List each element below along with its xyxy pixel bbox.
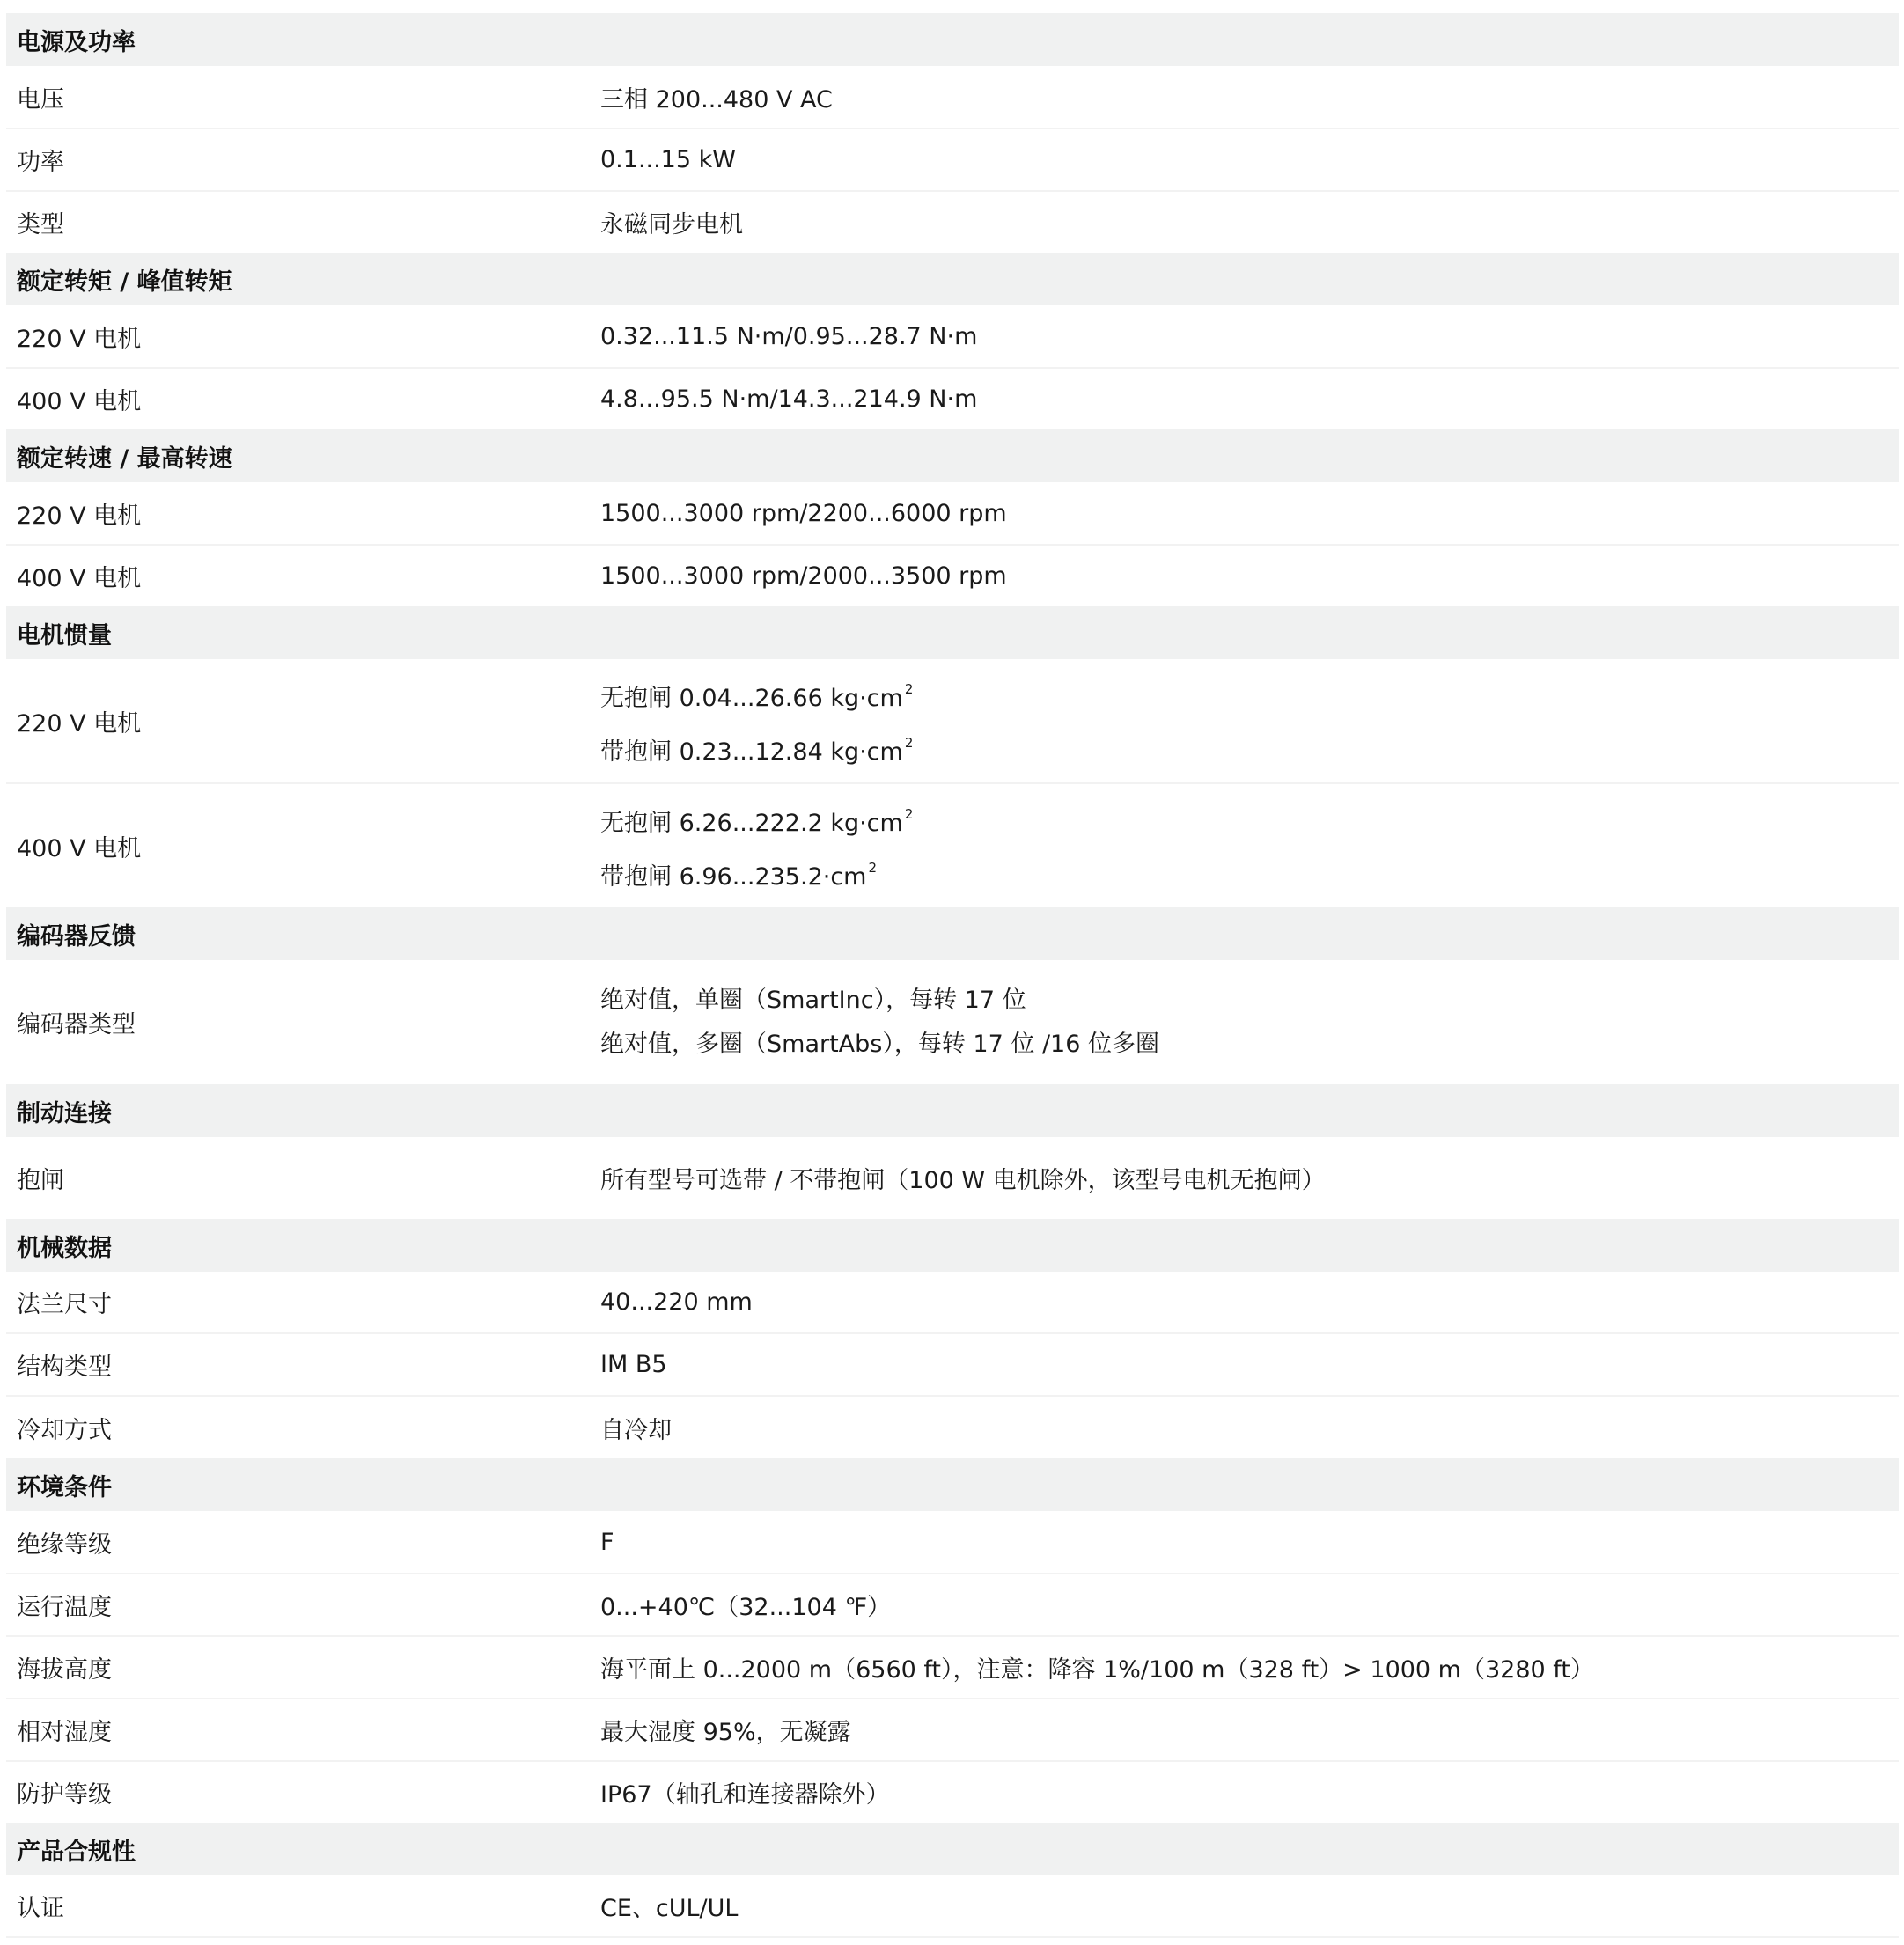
row-value: 永磁同步电机 <box>590 191 1899 253</box>
value-line: 绝对值，多圈（SmartAbs），每转 17 位 /16 位多圈 <box>600 1023 1898 1067</box>
section-header-environment: 环境条件 <box>6 1458 1899 1511</box>
value-text: 带抱闸 0.23...12.84 kg·cm <box>600 738 903 766</box>
table-row: 220 V 电机 0.32...11.5 N·m/0.95...28.7 N·m <box>6 305 1899 368</box>
row-value: 所有型号可选带 / 不带抱闸（100 W 电机除外，该型号电机无抱闸） <box>590 1137 1899 1219</box>
table-row: 结构类型 IM B5 <box>6 1333 1899 1396</box>
row-value: 1500...3000 rpm/2000...3500 rpm <box>590 545 1899 606</box>
section-header-torque: 额定转矩 / 峰值转矩 <box>6 253 1899 305</box>
row-value: 0.32...11.5 N·m/0.95...28.7 N·m <box>590 305 1899 368</box>
row-label: 绝缘等级 <box>6 1511 590 1574</box>
section-header-encoder: 编码器反馈 <box>6 907 1899 960</box>
row-label: 认证 <box>6 1875 590 1937</box>
row-label: 冷却方式 <box>6 1396 590 1458</box>
section-header-power: 电源及功率 <box>6 13 1899 66</box>
row-value: 自冷却 <box>590 1396 1899 1458</box>
row-value-multiline: 无抱闸 6.26...222.2 kg·cm2 带抱闸 6.96...235.2… <box>590 783 1899 907</box>
row-label: 400 V 电机 <box>6 368 590 429</box>
value-text: 无抱闸 6.26...222.2 kg·cm <box>600 810 903 837</box>
superscript: 2 <box>905 681 914 697</box>
row-value: IP67（轴孔和连接器除外） <box>590 1761 1899 1823</box>
row-value-multiline: 绝对值，单圈（SmartInc），每转 17 位 绝对值，多圈（SmartAbs… <box>590 960 1899 1084</box>
section-header-brake: 制动连接 <box>6 1084 1899 1137</box>
row-label: 220 V 电机 <box>6 482 590 545</box>
superscript: 2 <box>905 735 914 751</box>
table-row: 防护等级 IP67（轴孔和连接器除外） <box>6 1761 1899 1823</box>
row-value: 海平面上 0...2000 m（6560 ft），注意：降容 1%/100 m（… <box>590 1636 1899 1699</box>
section-title: 编码器反馈 <box>6 907 1899 960</box>
section-title: 电源及功率 <box>6 13 1899 66</box>
value-line: 绝对值，单圈（SmartInc），每转 17 位 <box>600 979 1898 1023</box>
row-label: 编码器类型 <box>6 960 590 1084</box>
row-label: 防护等级 <box>6 1761 590 1823</box>
row-label: 抱闸 <box>6 1137 590 1219</box>
table-row: 认证 CE、cUL/UL <box>6 1875 1899 1937</box>
row-label: 电压 <box>6 66 590 128</box>
section-title: 电机惯量 <box>6 606 1899 659</box>
row-label: 功率 <box>6 128 590 191</box>
row-label: 类型 <box>6 191 590 253</box>
row-value: 40...220 mm <box>590 1272 1899 1333</box>
section-title: 机械数据 <box>6 1219 1899 1272</box>
value-line: 无抱闸 0.04...26.66 kg·cm2 <box>600 667 1898 721</box>
row-value: F <box>590 1511 1899 1574</box>
table-row: 海拔高度 海平面上 0...2000 m（6560 ft），注意：降容 1%/1… <box>6 1636 1899 1699</box>
value-line: 无抱闸 6.26...222.2 kg·cm2 <box>600 792 1898 846</box>
table-row: 类型 永磁同步电机 <box>6 191 1899 253</box>
section-header-inertia: 电机惯量 <box>6 606 1899 659</box>
row-value: CE、cUL/UL <box>590 1875 1899 1937</box>
table-row: 绝缘等级 F <box>6 1511 1899 1574</box>
row-value: IM B5 <box>590 1333 1899 1396</box>
table-row: 400 V 电机 4.8...95.5 N·m/14.3...214.9 N·m <box>6 368 1899 429</box>
row-value: 0...+40℃（32...104 ℉） <box>590 1574 1899 1636</box>
section-title: 制动连接 <box>6 1084 1899 1137</box>
row-value: 0.1...15 kW <box>590 128 1899 191</box>
section-header-speed: 额定转速 / 最高转速 <box>6 429 1899 482</box>
value-text: 无抱闸 0.04...26.66 kg·cm <box>600 685 903 712</box>
superscript: 2 <box>868 860 877 876</box>
value-line: 带抱闸 6.96...235.2·cm2 <box>600 846 1898 899</box>
row-value: 1500...3000 rpm/2200...6000 rpm <box>590 482 1899 545</box>
spec-table: 电源及功率 电压 三相 200...480 V AC 功率 0.1...15 k… <box>6 13 1899 1938</box>
section-header-mechanical: 机械数据 <box>6 1219 1899 1272</box>
section-title: 额定转速 / 最高转速 <box>6 429 1899 482</box>
row-label: 运行温度 <box>6 1574 590 1636</box>
row-value: 最大湿度 95%，无凝露 <box>590 1699 1899 1761</box>
row-label: 法兰尺寸 <box>6 1272 590 1333</box>
table-row: 冷却方式 自冷却 <box>6 1396 1899 1458</box>
table-row: 400 V 电机 1500...3000 rpm/2000...3500 rpm <box>6 545 1899 606</box>
value-text: 带抱闸 6.96...235.2·cm <box>600 863 866 891</box>
row-value: 4.8...95.5 N·m/14.3...214.9 N·m <box>590 368 1899 429</box>
section-title: 额定转矩 / 峰值转矩 <box>6 253 1899 305</box>
table-row: 220 V 电机 1500...3000 rpm/2200...6000 rpm <box>6 482 1899 545</box>
superscript: 2 <box>905 806 914 822</box>
table-row: 电压 三相 200...480 V AC <box>6 66 1899 128</box>
row-label: 海拔高度 <box>6 1636 590 1699</box>
table-row: 220 V 电机 无抱闸 0.04...26.66 kg·cm2 带抱闸 0.2… <box>6 659 1899 783</box>
section-header-compliance: 产品合规性 <box>6 1823 1899 1875</box>
section-title: 产品合规性 <box>6 1823 1899 1875</box>
table-row: 法兰尺寸 40...220 mm <box>6 1272 1899 1333</box>
section-title: 环境条件 <box>6 1458 1899 1511</box>
table-row: 相对湿度 最大湿度 95%，无凝露 <box>6 1699 1899 1761</box>
value-line: 带抱闸 0.23...12.84 kg·cm2 <box>600 721 1898 774</box>
row-label: 400 V 电机 <box>6 545 590 606</box>
row-label: 相对湿度 <box>6 1699 590 1761</box>
row-label: 220 V 电机 <box>6 305 590 368</box>
table-row: 编码器类型 绝对值，单圈（SmartInc），每转 17 位 绝对值，多圈（Sm… <box>6 960 1899 1084</box>
row-value: 三相 200...480 V AC <box>590 66 1899 128</box>
table-row: 运行温度 0...+40℃（32...104 ℉） <box>6 1574 1899 1636</box>
table-row: 400 V 电机 无抱闸 6.26...222.2 kg·cm2 带抱闸 6.9… <box>6 783 1899 907</box>
table-row: 功率 0.1...15 kW <box>6 128 1899 191</box>
row-label: 220 V 电机 <box>6 659 590 783</box>
table-row: 抱闸 所有型号可选带 / 不带抱闸（100 W 电机除外，该型号电机无抱闸） <box>6 1137 1899 1219</box>
row-value-multiline: 无抱闸 0.04...26.66 kg·cm2 带抱闸 0.23...12.84… <box>590 659 1899 783</box>
row-label: 结构类型 <box>6 1333 590 1396</box>
row-label: 400 V 电机 <box>6 783 590 907</box>
